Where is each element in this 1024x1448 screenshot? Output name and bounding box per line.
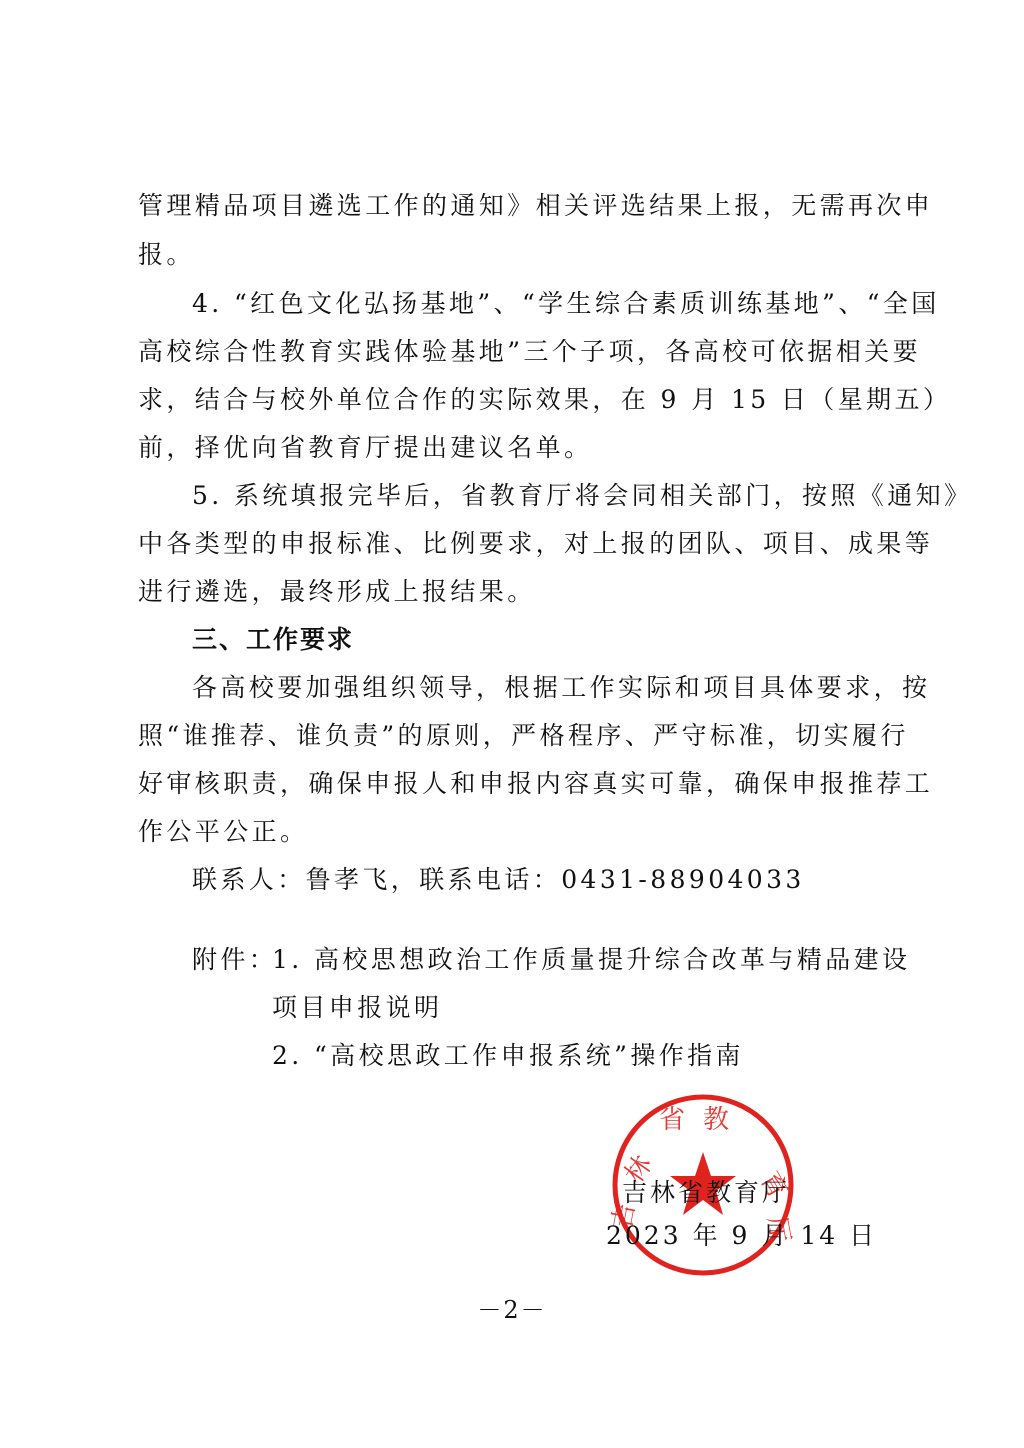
signature-org: 吉林省教育厅 — [622, 1173, 790, 1209]
signature-date: 2023 年 9 月 14 日 — [606, 1216, 877, 1252]
svg-text:省教: 省教 — [659, 1105, 747, 1135]
page-number: －2－ — [0, 1290, 1024, 1325]
item4-line: 高校综合性教育实践体验基地”三个子项，各高校可依据相关要 — [138, 336, 898, 368]
paragraph-line: 管理精品项目遴选工作的通知》相关评选结果上报，无需再次申 — [138, 190, 898, 222]
paragraph-line: 报。 — [138, 239, 898, 271]
item4-line: 前，择优向省教育厅提出建议名单。 — [138, 432, 898, 464]
attachment-item: 1. 高校思想政治工作质量提升综合改革与精品建设 — [272, 944, 882, 976]
item4-line: 4. “红色文化弘扬基地”、“学生综合素质训练基地”、“全国 — [192, 288, 898, 320]
attachments-label: 附件： — [192, 944, 277, 976]
section-heading: 三、工作要求 — [192, 624, 952, 656]
attachment-item: 项目申报说明 — [272, 992, 442, 1024]
item5-line: 进行遴选，最终形成上报结果。 — [138, 576, 898, 608]
item5-line: 中各类型的申报标准、比例要求，对上报的团队、项目、成果等 — [138, 528, 898, 560]
section3-line: 作公平公正。 — [138, 816, 898, 848]
section3-line: 好审核职责，确保申报人和申报内容真实可靠，确保申报推荐工 — [138, 768, 898, 800]
item5-line: 5. 系统填报完毕后，省教育厅将会同相关部门，按照《通知》 — [192, 480, 898, 512]
contact-info: 联系人：鲁孝飞，联系电话：0431-88904033 — [192, 864, 952, 896]
item4-line: 求，结合与校外单位合作的实际效果，在 9 月 15 日（星期五） — [138, 384, 898, 416]
section3-line: 各高校要加强组织领导，根据工作实际和项目具体要求，按 — [192, 672, 898, 704]
section3-line: 照“谁推荐、谁负责”的原则，严格程序、严守标准，切实履行 — [138, 720, 898, 752]
attachment-item: 2. “高校思政工作申报系统”操作指南 — [272, 1040, 744, 1072]
